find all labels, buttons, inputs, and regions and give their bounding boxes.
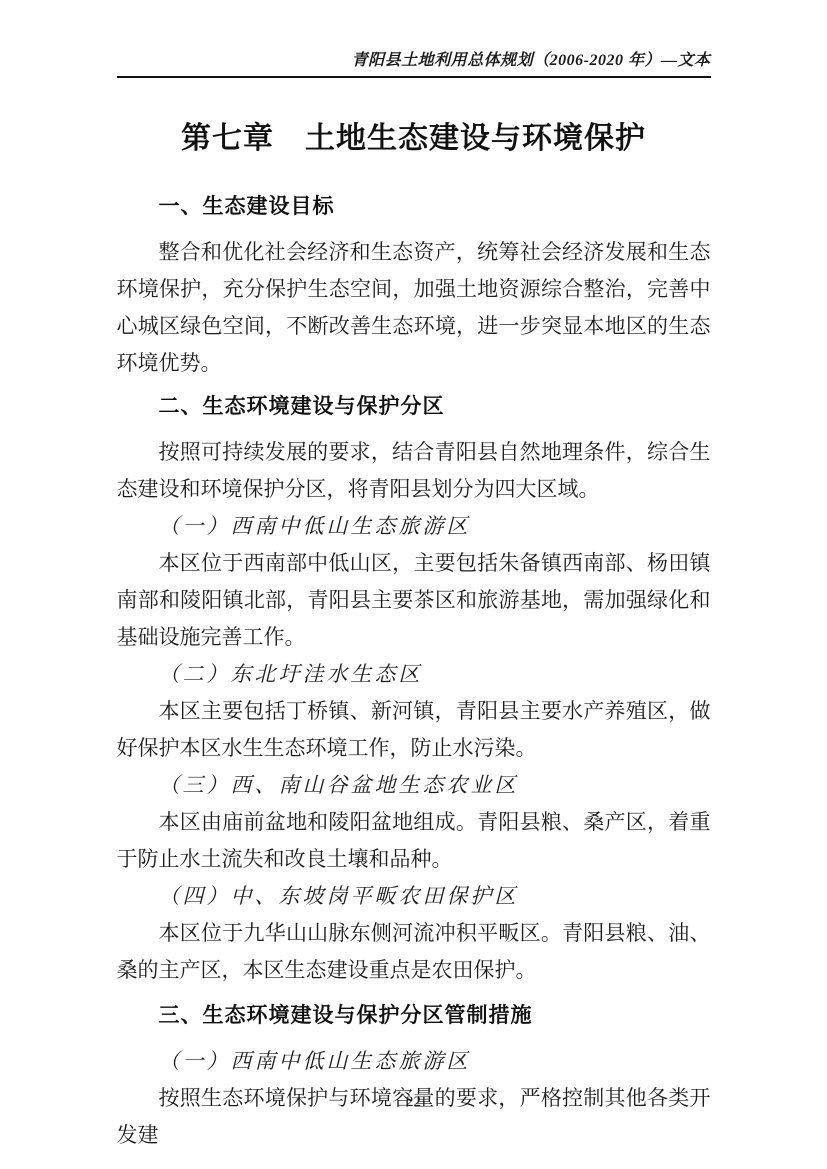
subsection-heading: （二）东北圩洼水生态区 — [117, 656, 711, 693]
body-paragraph: 本区位于西南部中低山区，主要包括朱备镇西南部、杨田镇南部和陵阳镇北部，青阳县主要… — [117, 545, 711, 656]
body-paragraph: 按照生态环境保护与环境容量的要求，严格控制其他各类开发建 — [117, 1080, 711, 1154]
page-content: 青阳县土地利用总体规划（2006-2020 年）—文本 第七章 土地生态建设与环… — [117, 0, 711, 1154]
body-paragraph: 本区主要包括丁桥镇、新河镇，青阳县主要水产养殖区，做好保护本区水生生态环境工作，… — [117, 693, 711, 767]
page-number: 22 — [0, 1094, 827, 1111]
chapter-title: 第七章 土地生态建设与环境保护 — [117, 122, 711, 156]
running-header-text: 青阳县土地利用总体规划（2006-2020 年）—文本 — [352, 52, 711, 69]
section-heading-1: 一、生态建设目标 — [117, 194, 711, 220]
subsection-heading: （三）西、南山谷盆地生态农业区 — [117, 767, 711, 804]
section-heading-3: 三、生态环境建设与保护分区管制措施 — [117, 1003, 711, 1029]
subsection-heading: （四）中、东坡岗平畈农田保护区 — [117, 878, 711, 915]
body-paragraph: 本区由庙前盆地和陵阳盆地组成。青阳县粮、桑产区，着重于防止水土流失和改良土壤和品… — [117, 804, 711, 878]
running-header: 青阳县土地利用总体规划（2006-2020 年）—文本 — [117, 50, 711, 78]
subsection-heading: （一）西南中低山生态旅游区 — [117, 508, 711, 545]
body-paragraph: 按照可持续发展的要求，结合青阳县自然地理条件，综合生态建设和环境保护分区，将青阳… — [117, 434, 711, 508]
body-paragraph: 本区位于九华山山脉东侧河流冲积平畈区。青阳县粮、油、桑的主产区，本区生态建设重点… — [117, 915, 711, 989]
document-page: 青阳县土地利用总体规划（2006-2020 年）—文本 第七章 土地生态建设与环… — [0, 0, 827, 1169]
subsection-heading: （一）西南中低山生态旅游区 — [117, 1043, 711, 1080]
section-heading-2: 二、生态环境建设与保护分区 — [117, 394, 711, 420]
body-paragraph: 整合和优化社会经济和生态资产，统筹社会经济发展和生态环境保护，充分保护生态空间，… — [117, 234, 711, 382]
